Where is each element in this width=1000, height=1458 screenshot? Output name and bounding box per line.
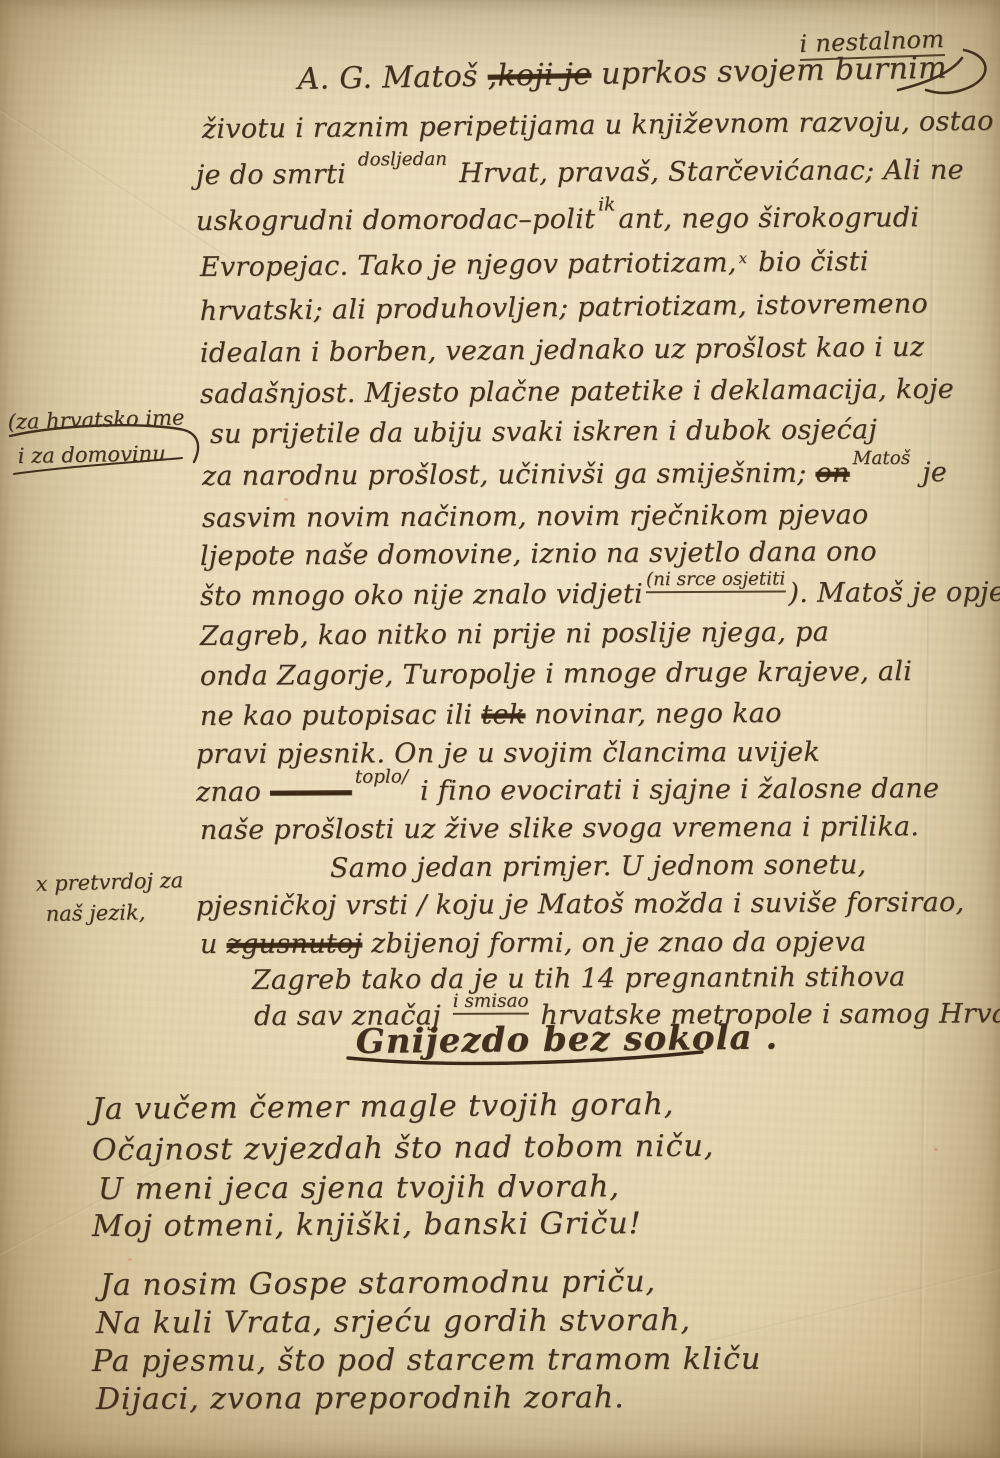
text-run: novinar, nego kao <box>525 698 781 730</box>
text-run: ——— <box>270 776 352 807</box>
manuscript-line-2: životu i raznim peripetijama u književno… <box>202 106 994 145</box>
manuscript-line-23: Zagreb tako da je u tih 14 pregnantnih s… <box>252 962 906 996</box>
text-run: Hrvat, pravaš, Starčevićanac; Ali ne <box>450 155 964 190</box>
text-run: idealan i borben, vezan jednako uz prošl… <box>200 332 925 369</box>
text-run: Ja nosim Gospe staromodnu priču, <box>100 1264 656 1303</box>
text-run: Gnijezdo bez sokola . <box>356 1018 779 1062</box>
text-run: ,koji <box>487 58 554 94</box>
paper-fleck <box>128 1258 132 1261</box>
text-run: Očajnost zvjezdah što nad tobom niču, <box>92 1129 715 1168</box>
poem-line-2: Očajnost zvjezdah što nad tobom niču, <box>92 1129 715 1168</box>
manuscript-line-11: sasvim novim načinom, novim rječnikom pj… <box>202 500 869 534</box>
text-run: on <box>815 458 849 489</box>
manuscript-line-8: sadašnjost. Mjesto plačne patetike i dek… <box>200 374 954 410</box>
poem-line-8: Dijaci, zvona preporodnih zorah. <box>96 1380 625 1417</box>
text-run: A. G. Matoš <box>297 59 488 97</box>
text-run: Na kuli Vrata, srjeću gordih stvorah, <box>96 1303 691 1341</box>
poem-line-1: Ja vučem čemer magle tvojih gorah, <box>92 1087 675 1127</box>
text-run: x pretvrdoj za <box>35 868 183 896</box>
text-run: U meni jeca sjena tvojih dvorah, <box>98 1169 620 1207</box>
paper-fleck <box>284 498 288 501</box>
text-run: (za hrvatsko ime <box>7 405 184 434</box>
text-run: ne kao putopisac ili <box>200 700 482 732</box>
text-run: toplo/ <box>355 766 408 787</box>
manuscript-line-18: znao ———toplo/ i fino evocirati i sjajne… <box>196 773 940 808</box>
text-run: Zagreb tako da je u tih 14 pregnantnih s… <box>252 962 906 996</box>
text-run: ). Matoš je opjevao <box>788 577 1000 609</box>
manuscript-line-9: su prijetile da ubiju svaki iskren i dub… <box>210 414 877 450</box>
text-run: onda Zagorje, Turopolje i mnoge druge kr… <box>200 656 913 692</box>
manuscript-line-19: naše prošlosti uz žive slike svoga vreme… <box>200 811 919 846</box>
text-run: je <box>913 457 947 488</box>
manuscript-line-7: idealan i borben, vezan jednako uz prošl… <box>200 332 925 369</box>
manuscript-line-10: za narodnu prošlost, učinivši ga smiješn… <box>202 457 947 492</box>
margin-note-1-line-2: i za domovinu <box>18 441 166 468</box>
manuscript-line-14: Zagreb, kao nitko ni prije ni poslije nj… <box>200 617 829 652</box>
manuscript-line-12: ljepote naše domovine, iznio na svjetlo … <box>200 536 877 572</box>
poem-line-7: Pa pjesmu, što pod starcem tramom kliču <box>92 1342 761 1379</box>
text-run: i smisao <box>453 991 529 1015</box>
text-run: hrvatski; ali produhovljen; patriotizam,… <box>200 288 929 327</box>
poem-line-3: U meni jeca sjena tvojih dvorah, <box>98 1169 620 1207</box>
text-run: znao <box>196 777 270 808</box>
manuscript-line-4: uskogrudni domorodac–politikant, nego ši… <box>196 202 920 237</box>
text-run: pjesničkoj vrsti / koju je Matoš možda i… <box>196 887 965 922</box>
paper-crease <box>918 0 937 1458</box>
manuscript-line-3: je do smrti dosljedan Hrvat, pravaš, Sta… <box>196 155 964 191</box>
text-run: Pa pjesmu, što pod starcem tramom kliču <box>92 1342 761 1379</box>
margin-note-2-line-1: x pretvrdoj za <box>35 868 183 896</box>
text-run: i za domovinu <box>18 441 166 468</box>
text-run: sadašnjost. Mjesto plačne patetike i dek… <box>200 374 954 410</box>
text-run: pravi pjesnik. On je u svojim člancima u… <box>196 737 820 770</box>
text-run: su prijetile da ubiju svaki iskren i dub… <box>210 414 877 450</box>
text-run: Moj otmeni, knjiški, banski Griču! <box>92 1206 642 1244</box>
text-run: je do smrti <box>196 159 355 191</box>
text-run: ant, nego širokogrudi <box>618 202 919 235</box>
margin-note-2-line-2: naš jezik, <box>46 900 146 926</box>
manuscript-line-22: u zgusnutoj zbijenoj formi, on je znao d… <box>200 927 867 960</box>
text-run: naš jezik, <box>46 900 146 926</box>
text-run: (ni srce osjetiti <box>646 568 786 593</box>
text-run: što mnogo oko nije znalo vidjeti <box>200 579 643 612</box>
text-run: u <box>200 929 227 960</box>
text-run: zgusnutoj <box>226 928 362 959</box>
manuscript-line-6: hrvatski; ali produhovljen; patriotizam,… <box>200 288 929 327</box>
text-run: ik <box>598 194 615 215</box>
text-run: Zagreb, kao nitko ni prije ni poslije nj… <box>200 617 829 652</box>
text-run: uskogrudni domorodac–polit <box>196 204 596 237</box>
text-run: sasvim novim načinom, novim rječnikom pj… <box>202 500 869 534</box>
text-run: uprkos svojem burnim <box>591 51 947 92</box>
manuscript-line-5: Evropejac. Tako je njegov patriotizam,x … <box>200 246 869 283</box>
poem-title: Gnijezdo bez sokola . <box>356 1018 779 1062</box>
text-run: x <box>739 249 748 267</box>
text-run: Matoš <box>853 448 911 469</box>
text-run: Evropejac. Tako je njegov patriotizam, <box>200 247 737 283</box>
paper-fleck <box>934 1148 938 1151</box>
manuscript-line-13: što mnogo oko nije znalo vidjeti(ni srce… <box>200 577 1000 613</box>
manuscript-line-15: onda Zagorje, Turopolje i mnoge druge kr… <box>200 656 913 692</box>
paper-crease <box>705 1259 1000 1344</box>
text-run: za narodnu prošlost, učinivši ga smiješn… <box>202 458 816 492</box>
manuscript-line-16: ne kao putopisac ili tek novinar, nego k… <box>200 698 782 732</box>
poem-line-6: Na kuli Vrata, srjeću gordih stvorah, <box>96 1303 691 1341</box>
text-run: Ja vučem čemer magle tvojih gorah, <box>92 1087 675 1127</box>
manuscript-line-17: pravi pjesnik. On je u svojim člancima u… <box>196 737 820 770</box>
text-run: je <box>554 57 592 93</box>
text-run: naše prošlosti uz žive slike svoga vreme… <box>200 811 919 846</box>
margin-note-1-line-1: (za hrvatsko ime <box>7 405 184 434</box>
text-run: Samo jedan primjer. U jednom sonetu, <box>330 849 867 884</box>
text-run: i fino evocirati i sjajne i žalosne dane <box>411 773 939 807</box>
text-run: ljepote naše domovine, iznio na svjetlo … <box>200 536 877 572</box>
text-run: Dijaci, zvona preporodnih zorah. <box>96 1380 625 1417</box>
text-run: dosljedan <box>358 149 447 171</box>
text-run: zbijenoj formi, on je znao da opjeva <box>362 927 866 960</box>
manuscript-line-1: A. G. Matoš ,koji je uprkos svojem burni… <box>297 51 947 97</box>
text-run: tek <box>481 699 525 730</box>
text-run: životu i raznim peripetijama u književno… <box>202 106 994 145</box>
text-run: bio čisti <box>749 246 869 278</box>
manuscript-page: i nestalnomA. G. Matoš ,koji je uprkos s… <box>0 0 1000 1458</box>
manuscript-line-21: pjesničkoj vrsti / koju je Matoš možda i… <box>196 887 965 922</box>
poem-line-5: Ja nosim Gospe staromodnu priču, <box>100 1264 656 1303</box>
manuscript-line-20: Samo jedan primjer. U jednom sonetu, <box>330 849 867 884</box>
poem-line-4: Moj otmeni, knjiški, banski Griču! <box>92 1206 642 1244</box>
